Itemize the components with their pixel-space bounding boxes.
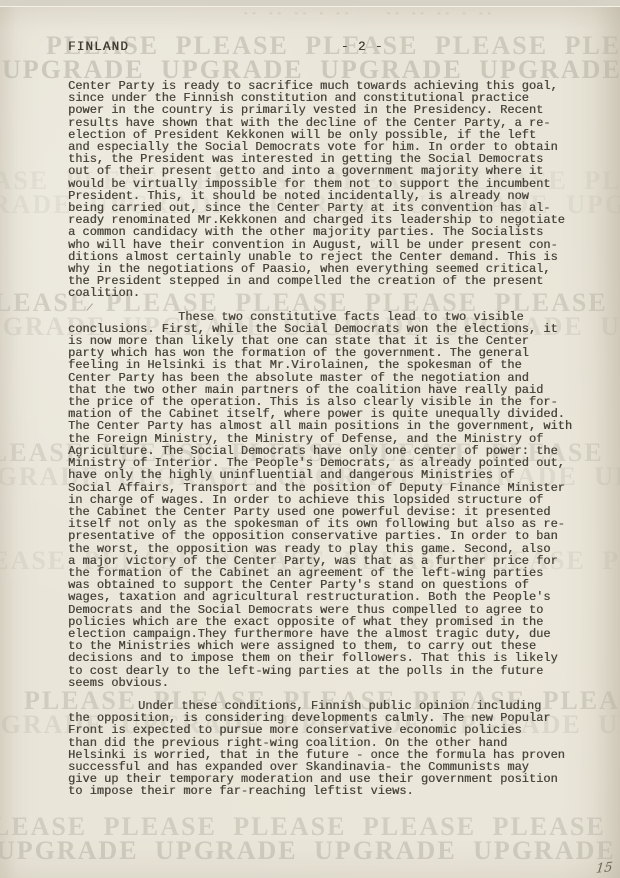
paragraph: These two constitutive facts lead to two… <box>68 311 580 689</box>
country-heading: FINLAND <box>68 40 129 54</box>
scan-top-edge <box>0 0 620 7</box>
paragraph: Center Party is ready to sacrifice much … <box>68 80 580 300</box>
document-body: Center Party is ready to sacrifice much … <box>68 80 580 809</box>
bleedthrough-marks: -- -- -- - -- -- -- -- - -- <box>243 9 503 19</box>
watermark-text: UPGRADE UPGRADE UPGRADE UPGRADE UPGRADE <box>0 838 620 864</box>
watermark-text: PLEASE PLEASE PLEASE PLEASE PLEASE PLEAS… <box>46 33 620 59</box>
page-number: - 2 - <box>341 40 384 54</box>
paragraph: Under these conditions, Finnish public o… <box>68 700 580 798</box>
document-page: -- -- -- - -- -- -- -- - -- PLEASE PLEAS… <box>0 0 620 878</box>
handwritten-page-mark: 15 <box>595 860 613 877</box>
watermark-text: PLEASE PLEASE PLEASE PLEASE PLEASE PLEAS… <box>0 814 620 840</box>
